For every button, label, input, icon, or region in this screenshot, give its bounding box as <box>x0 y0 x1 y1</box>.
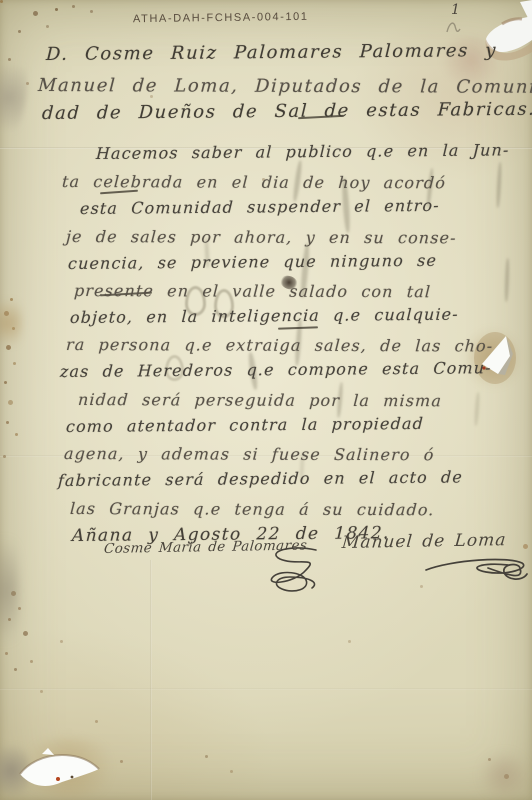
foxing-spots <box>0 0 3 3</box>
manuscript-line: Hacemos saber al publico q.e en la Jun- <box>96 140 510 163</box>
signature-flourish-right <box>424 554 530 586</box>
stain-top-left-gray <box>0 48 32 147</box>
manuscript-line: je de sales por ahora, y en su conse- <box>65 227 457 247</box>
tear-hole-bottom-left <box>14 748 106 798</box>
manuscript-line: fabricante será despedido en el acto de <box>58 467 464 490</box>
stain-bottom-right <box>478 752 530 798</box>
manuscript-line: ta celebrada en el dia de hoy acordó <box>61 172 446 192</box>
fold-line-horizontal-bottom <box>0 688 532 690</box>
ink-bleed-mark <box>504 258 510 302</box>
manuscript-line: ra persona q.e extraiga sales, de las ch… <box>65 335 493 355</box>
manuscript-line: como atentador contra la propiedad <box>66 414 425 436</box>
manuscript-page: ATHA-DAH-FCHSA-004-101 1 D. Cosme Ruiz P… <box>0 0 532 800</box>
manuscript-line: D. Cosme Ruiz Palomares Palomares y <box>46 40 498 65</box>
manuscript-line: las Granjas q.e tenga á su cuidado. <box>69 499 435 519</box>
fold-line-vertical <box>150 560 152 800</box>
page-number: 1 <box>451 2 460 18</box>
archive-reference-label: ATHA-DAH-FCHSA-004-101 <box>133 11 309 25</box>
signature-flourish-left <box>250 544 334 596</box>
manuscript-line: objeto, en la inteligencia q.e cualquie- <box>70 305 460 327</box>
marginal-squiggle <box>444 18 464 36</box>
stain-left-brown <box>0 292 22 354</box>
manuscript-line: esta Comunidad suspender el entro- <box>80 196 441 218</box>
ink-bleed-mark <box>474 392 480 426</box>
signature-manuel-de-loma: Manuel de Loma <box>341 530 507 553</box>
manuscript-line: nidad será perseguida por la misma <box>77 390 442 410</box>
ink-bleed-mark <box>496 162 502 208</box>
manuscript-line: dad de Dueños de Sal de estas Fabricas. <box>42 99 532 124</box>
manuscript-line: zas de Herederos q.e compone esta Comu- <box>60 358 492 381</box>
stain-left-gray-streak <box>0 518 18 663</box>
manuscript-line: cuencia, se previene que ninguno se <box>68 251 438 273</box>
manuscript-line: agena, y ademas si fuese Salinero ó <box>63 444 435 464</box>
manuscript-line: presente en el valle salado con tal <box>73 281 431 301</box>
manuscript-line: Manuel de Loma, Diputados de la Comuni- <box>37 75 532 98</box>
